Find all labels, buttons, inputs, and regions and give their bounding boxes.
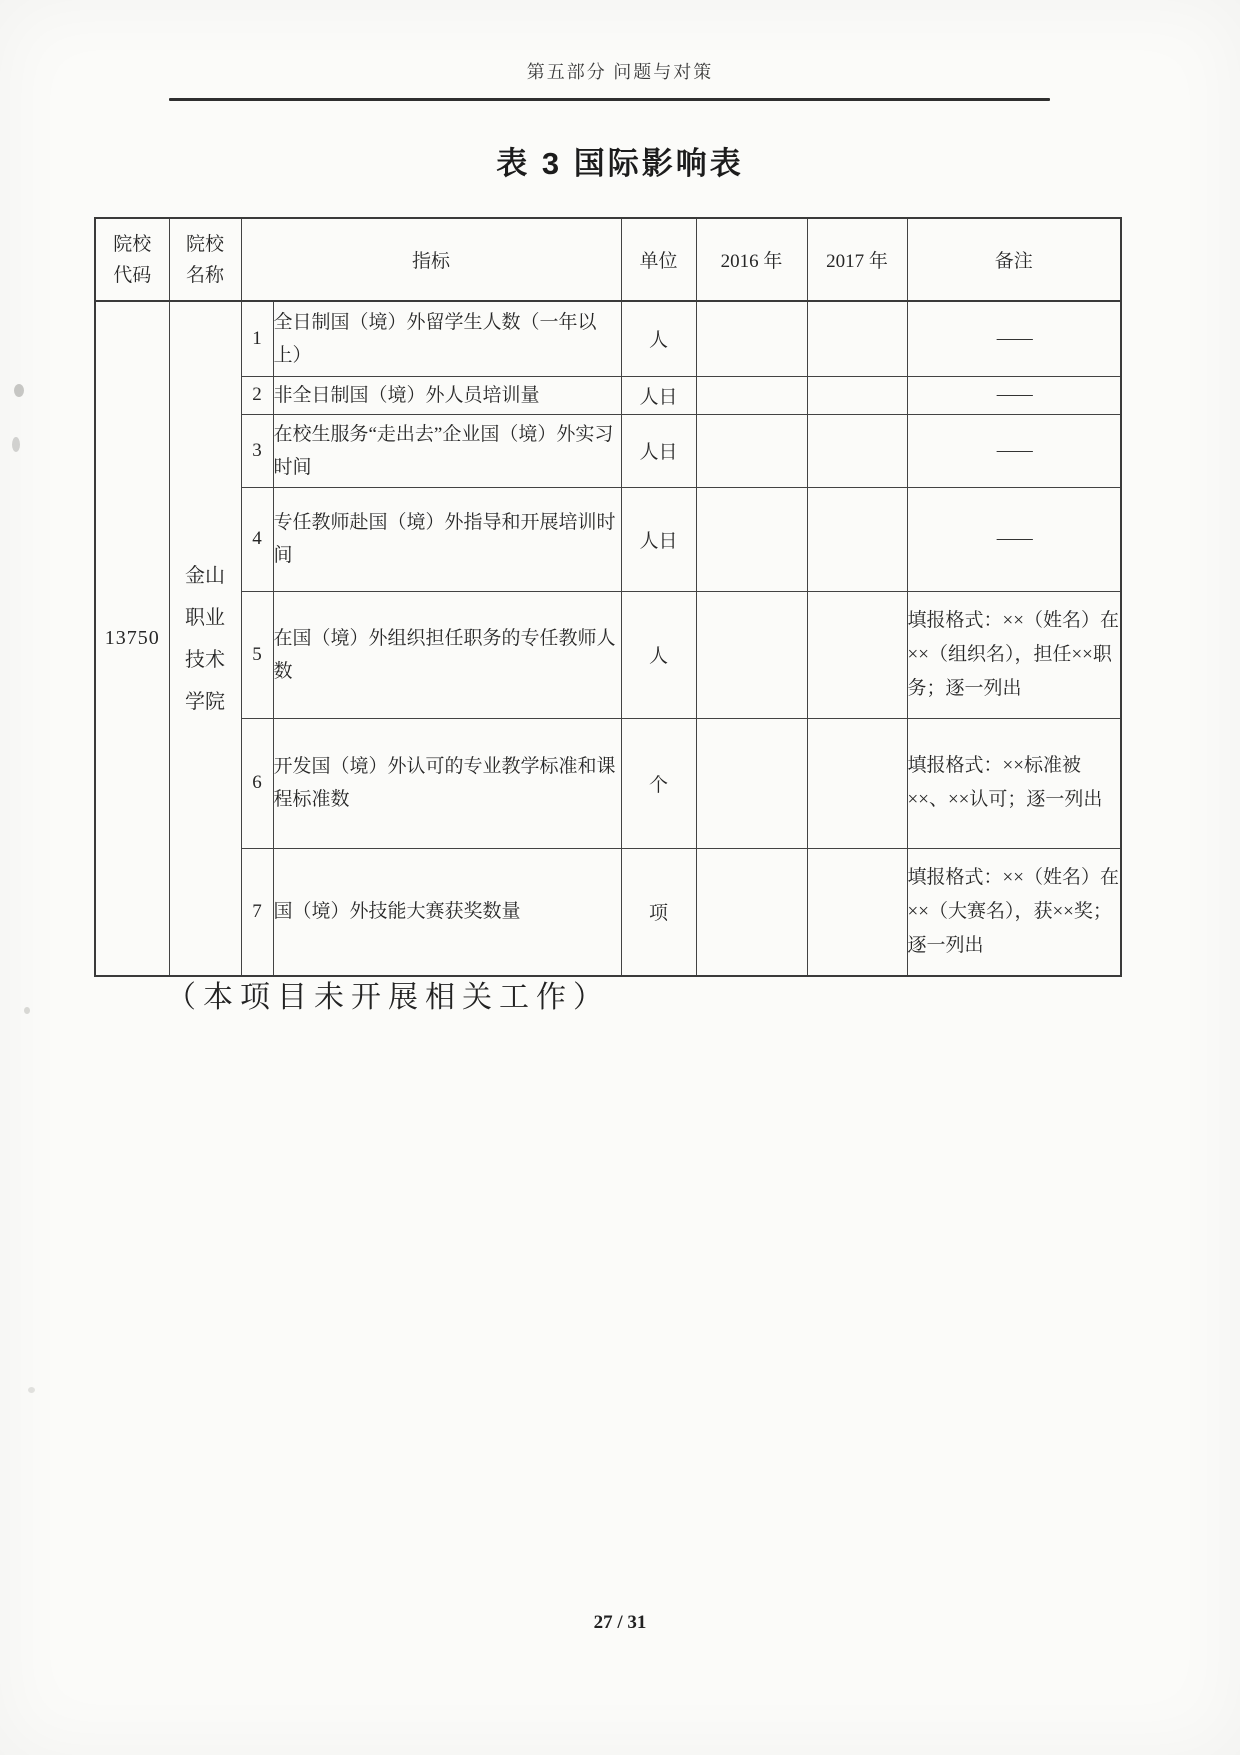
scan-smudge — [12, 437, 20, 452]
value-2016-cell — [696, 591, 807, 718]
indicator-cell: 在国（境）外组织担任职务的专任教师人数 — [273, 591, 621, 718]
college-name-cell: 金山职业技术学院 — [169, 301, 241, 976]
scan-smudge — [24, 1007, 30, 1014]
unit-cell: 人 — [621, 591, 696, 718]
unit-cell: 人日 — [621, 376, 696, 414]
row-number: 1 — [241, 301, 273, 376]
unit-cell: 人日 — [621, 414, 696, 487]
table-row: 13750 金山职业技术学院 1 全日制国（境）外留学生人数（一年以上） 人 —… — [95, 301, 1121, 376]
table-row: 6 开发国（境）外认可的专业教学标准和课程标准数 个 填报格式：××标准被××、… — [95, 718, 1121, 848]
value-2016-cell — [696, 487, 807, 591]
table-row: 5 在国（境）外组织担任职务的专任教师人数 人 填报格式：××（姓名）在××（组… — [95, 591, 1121, 718]
page-number: 27 / 31 — [0, 1612, 1240, 1634]
value-2016-cell — [696, 848, 807, 976]
table-row: 3 在校生服务“走出去”企业国（境）外实习时间 人日 —— — [95, 414, 1121, 487]
col-header-2017: 2017 年 — [807, 218, 907, 301]
indicator-cell: 全日制国（境）外留学生人数（一年以上） — [273, 301, 621, 376]
remark-cell: —— — [907, 301, 1121, 376]
col-header-college-name: 院校名称 — [169, 218, 241, 301]
col-header-college-code: 院校代码 — [95, 218, 169, 301]
value-2017-cell — [807, 414, 907, 487]
row-number: 7 — [241, 848, 273, 976]
header-divider-line — [169, 98, 1050, 101]
table-row: 2 非全日制国（境）外人员培训量 人日 —— — [95, 376, 1121, 414]
unit-cell: 人日 — [621, 487, 696, 591]
row-number: 2 — [241, 376, 273, 414]
section-header: 第五部分 问题与对策 — [0, 58, 1240, 84]
unit-cell: 项 — [621, 848, 696, 976]
value-2017-cell — [807, 487, 907, 591]
indicator-cell: 专任教师赴国（境）外指导和开展培训时间 — [273, 487, 621, 591]
remark-cell: 填报格式：××标准被××、××认可；逐一列出 — [907, 718, 1121, 848]
indicator-cell: 开发国（境）外认可的专业教学标准和课程标准数 — [273, 718, 621, 848]
col-header-2016: 2016 年 — [696, 218, 807, 301]
value-2016-cell — [696, 376, 807, 414]
row-number: 6 — [241, 718, 273, 848]
value-2017-cell — [807, 591, 907, 718]
value-2016-cell — [696, 414, 807, 487]
col-header-unit: 单位 — [621, 218, 696, 301]
indicator-cell: 国（境）外技能大赛获奖数量 — [273, 848, 621, 976]
indicator-cell: 在校生服务“走出去”企业国（境）外实习时间 — [273, 414, 621, 487]
unit-cell: 个 — [621, 718, 696, 848]
indicator-cell: 非全日制国（境）外人员培训量 — [273, 376, 621, 414]
remark-cell: 填报格式：××（姓名）在××（大赛名），获××奖；逐一列出 — [907, 848, 1121, 976]
col-header-remark: 备注 — [907, 218, 1121, 301]
row-number: 3 — [241, 414, 273, 487]
remark-cell: 填报格式：××（姓名）在××（组织名），担任××职务；逐一列出 — [907, 591, 1121, 718]
college-code-cell: 13750 — [95, 301, 169, 976]
no-work-note: （本项目未开展相关工作） — [166, 972, 610, 1016]
value-2016-cell — [696, 718, 807, 848]
remark-cell: —— — [907, 414, 1121, 487]
value-2017-cell — [807, 848, 907, 976]
table-row: 4 专任教师赴国（境）外指导和开展培训时间 人日 —— — [95, 487, 1121, 591]
row-number: 4 — [241, 487, 273, 591]
scan-smudge — [14, 384, 24, 397]
table-header-row: 院校代码 院校名称 指标 单位 2016 年 2017 年 备注 — [95, 218, 1121, 301]
remark-cell: —— — [907, 487, 1121, 591]
value-2017-cell — [807, 376, 907, 414]
unit-cell: 人 — [621, 301, 696, 376]
table-row: 7 国（境）外技能大赛获奖数量 项 填报格式：××（姓名）在××（大赛名），获×… — [95, 848, 1121, 976]
scan-smudge — [28, 1387, 35, 1393]
value-2017-cell — [807, 301, 907, 376]
international-impact-table: 院校代码 院校名称 指标 单位 2016 年 2017 年 备注 13750 金… — [94, 217, 1122, 977]
table-title: 表 3 国际影响表 — [0, 138, 1240, 183]
value-2016-cell — [696, 301, 807, 376]
scanned-document-page: 第五部分 问题与对策 表 3 国际影响表 院校代码 院校名称 指标 单位 201… — [0, 0, 1240, 1755]
value-2017-cell — [807, 718, 907, 848]
remark-cell: —— — [907, 376, 1121, 414]
row-number: 5 — [241, 591, 273, 718]
col-header-indicator: 指标 — [241, 218, 621, 301]
